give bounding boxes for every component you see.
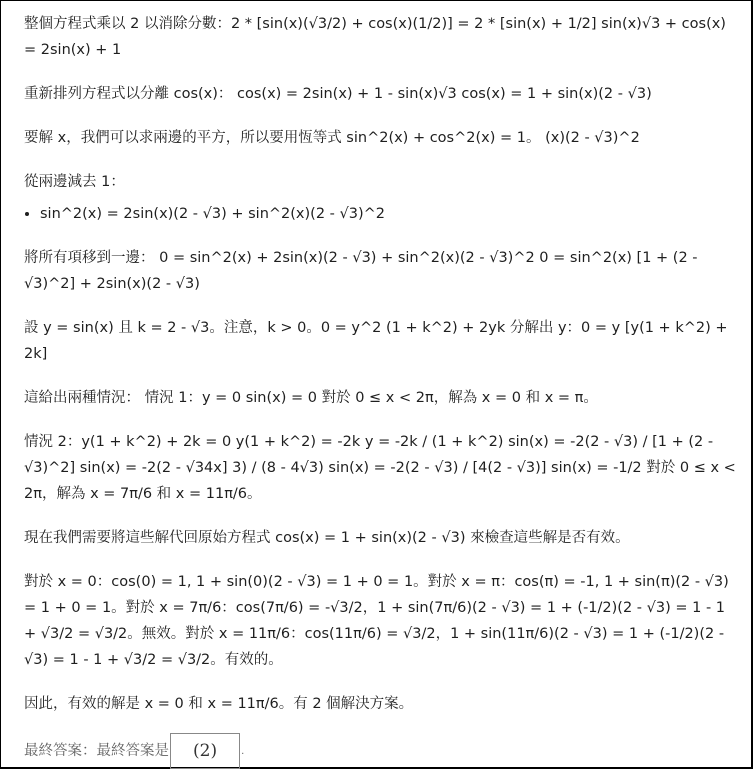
paragraph-square: 要解 x，我們可以求兩邊的平方，所以要用恆等式 sin^2(x) + cos^2…: [24, 125, 736, 151]
paragraph-case-2: 情況 2：y(1 + k^2) + 2k = 0 y(1 + k^2) = -2…: [24, 429, 736, 507]
paragraph-one-side: 將所有項移到一邊： 0 = sin^2(x) + 2sin(x)(2 - √3)…: [24, 245, 736, 297]
list-item: sin^2(x) = 2sin(x)(2 - √3) + sin^2(x)(2 …: [40, 201, 736, 227]
paragraph-multiply: 整個方程式乘以 2 以消除分數：2 * [sin(x)(√3/2) + cos(…: [24, 11, 736, 63]
solution-text: 整個方程式乘以 2 以消除分數：2 * [sin(x)(√3/2) + cos(…: [24, 11, 736, 769]
document-frame: 整個方程式乘以 2 以消除分數：2 * [sin(x)(√3/2) + cos(…: [0, 0, 753, 769]
final-answer-period: .: [241, 739, 244, 765]
paragraph-substitution: 設 y = sin(x) 且 k = 2 - √3。注意，k > 0。0 = y…: [24, 315, 736, 367]
paragraph-conclusion: 因此，有效的解是 x = 0 和 x = 11π/6。有 2 個解決方案。: [24, 691, 736, 717]
final-answer-box: (2): [170, 733, 240, 769]
final-answer-label: 最終答案：最終答案是: [24, 738, 169, 764]
paragraph-check-intro: 現在我們需要將這些解代回原始方程式 cos(x) = 1 + sin(x)(2 …: [24, 525, 736, 551]
final-answer-line: 最終答案：最終答案是 (2) .: [24, 733, 736, 769]
paragraph-case-1: 這給出兩種情況： 情況 1：y = 0 sin(x) = 0 對於 0 ≤ x …: [24, 385, 736, 411]
paragraph-rearrange: 重新排列方程式以分離 cos(x)： cos(x) = 2sin(x) + 1 …: [24, 81, 736, 107]
paragraph-verification: 對於 x = 0：cos(0) = 1, 1 + sin(0)(2 - √3) …: [24, 569, 736, 673]
bullet-list: sin^2(x) = 2sin(x)(2 - √3) + sin^2(x)(2 …: [24, 201, 736, 227]
paragraph-subtract: 從兩邊減去 1：: [24, 169, 736, 195]
